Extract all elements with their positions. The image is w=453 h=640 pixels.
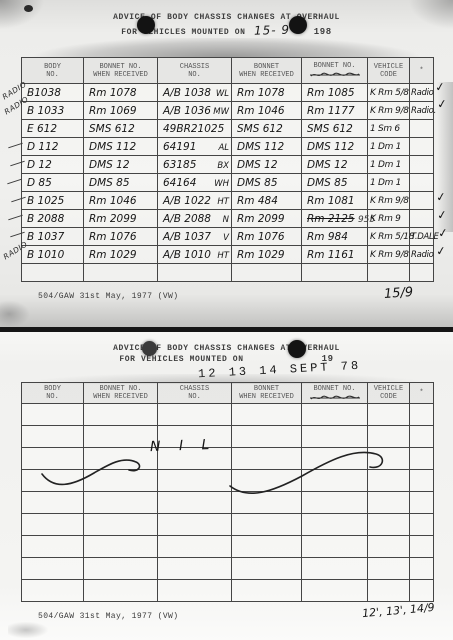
empty-cell <box>22 470 84 492</box>
table-header-row: BODYNO. BONNET NO.WHEN RECEIVED CHASSISN… <box>22 383 434 404</box>
empty-cell <box>368 264 410 282</box>
cell-star-note: Radio. <box>410 102 434 120</box>
table-row-empty <box>22 580 434 602</box>
punch-hole <box>137 16 155 34</box>
cell-bonnet-when-received: Rm 484 <box>232 192 302 210</box>
empty-cell <box>302 264 368 282</box>
cell-body-no: B 2088 <box>22 210 84 228</box>
empty-cell <box>158 264 232 282</box>
table-row-empty <box>22 264 434 282</box>
scribble-icon <box>309 394 361 402</box>
cell-bonnet-received: DMS 85 <box>84 174 158 192</box>
empty-cell <box>22 448 84 470</box>
header-star: * <box>410 58 434 84</box>
empty-cell <box>302 536 368 558</box>
table-row-empty <box>22 492 434 514</box>
header-bonnet-when-received: BONNETWHEN RECEIVED <box>232 58 302 84</box>
checkmark: ✓ <box>435 189 447 204</box>
empty-cell <box>158 492 232 514</box>
chassis-suffix: HT <box>217 195 229 207</box>
table-row-empty <box>22 448 434 470</box>
cell-body-no: B 1025 <box>22 192 84 210</box>
table-row: B 1010 Rm 1029 A/B 1010HT Rm 1029 Rm 116… <box>22 246 434 264</box>
cell-star-note: Radio <box>410 84 434 102</box>
empty-cell <box>410 264 434 282</box>
empty-cell <box>158 580 232 602</box>
cell-chassis-no: 64164WH <box>158 174 232 192</box>
table-row: E 612 SMS 612 49BR21025 SMS 612 SMS 612 … <box>22 120 434 138</box>
empty-cell <box>410 558 434 580</box>
chassis-value: A/B 1036 <box>163 105 211 117</box>
punch-hole <box>142 341 157 356</box>
empty-cell <box>410 448 434 470</box>
cell-chassis-no: A/B 1036MW <box>158 102 232 120</box>
cell-vehicle-code: 1 Dm 1 <box>368 156 410 174</box>
empty-cell <box>22 404 84 426</box>
cell-bonnet-when-received: DMS 12 <box>232 156 302 174</box>
empty-cell <box>22 536 84 558</box>
empty-cell <box>410 470 434 492</box>
empty-cell <box>302 580 368 602</box>
empty-cell <box>232 536 302 558</box>
chassis-value: A/B 1038 <box>163 87 211 99</box>
empty-cell <box>302 492 368 514</box>
chassis-value: 64191 <box>163 141 196 153</box>
cell-chassis-no: 49BR21025 <box>158 120 232 138</box>
cell-body-no: E 612 <box>22 120 84 138</box>
empty-cell <box>84 492 158 514</box>
table-row-empty <box>22 404 434 426</box>
empty-cell <box>22 492 84 514</box>
cell-vehicle-code: K Rm 9 <box>368 210 410 228</box>
header-chassis-no: CHASSISNO. <box>158 383 232 404</box>
header-star: * <box>410 383 434 404</box>
cell-vehicle-code: 1 Dm 1 <box>368 174 410 192</box>
chassis-value: 64164 <box>163 177 196 189</box>
cell-bonnet-no: Rm 1085 <box>302 84 368 102</box>
empty-cell <box>22 264 84 282</box>
cell-bonnet-when-received: Rm 1029 <box>232 246 302 264</box>
chassis-suffix: WL <box>216 87 229 99</box>
empty-cell <box>84 264 158 282</box>
empty-cell <box>410 536 434 558</box>
cell-star-note <box>410 120 434 138</box>
empty-cell <box>158 404 232 426</box>
empty-cell <box>368 492 410 514</box>
header-vehicle-code: VEHICLECODE <box>368 383 410 404</box>
empty-cell <box>22 514 84 536</box>
empty-cell <box>368 514 410 536</box>
empty-cell <box>232 558 302 580</box>
empty-cell <box>410 492 434 514</box>
form-top: ADVICE OF BODY CHASSIS CHANGES AT OVERHA… <box>0 0 453 327</box>
cell-chassis-no: A/B 2088N <box>158 210 232 228</box>
cell-star-note <box>410 174 434 192</box>
chassis-value: A/B 1010 <box>163 249 211 261</box>
empty-cell <box>368 558 410 580</box>
empty-cell <box>232 470 302 492</box>
chassis-suffix: BX <box>217 159 229 171</box>
empty-cell <box>232 580 302 602</box>
bonnet-no-struck: Rm 2125 <box>307 213 355 225</box>
chassis-value: A/B 1022 <box>163 195 211 207</box>
scan-artifact <box>0 38 453 58</box>
table-row: B 1025 Rm 1046 A/B 1022HT Rm 484 Rm 1081… <box>22 192 434 210</box>
empty-cell <box>84 558 158 580</box>
empty-cell <box>84 448 158 470</box>
cell-vehicle-code: K Rm 5/18 <box>368 228 410 246</box>
cell-bonnet-no: DMS 112 <box>302 138 368 156</box>
cell-bonnet-no: SMS 612 <box>302 120 368 138</box>
cell-bonnet-received: Rm 1078 <box>84 84 158 102</box>
scanned-document-page: { "headers": { "body_l1": "BODY", "body_… <box>0 0 453 640</box>
empty-cell <box>302 404 368 426</box>
header-bonnet-no-when-received: BONNET NO.WHEN RECEIVED <box>84 383 158 404</box>
table-row: D 85 DMS 85 64164WH DMS 85 DMS 85 1 Dm 1 <box>22 174 434 192</box>
form1-footer-ref: 504/GAW 31st May, 1977 (VW) <box>38 292 178 301</box>
nil-annotation: N I L <box>150 437 217 455</box>
form2-title-line1: ADVICE OF BODY CHASSIS CHANGES AT OVERHA… <box>0 344 453 353</box>
cell-bonnet-no: Rm 1161 <box>302 246 368 264</box>
form2-title-line2: FOR VEHICLES MOUNTED ON19 <box>0 354 453 364</box>
cell-bonnet-received: Rm 1076 <box>84 228 158 246</box>
header-chassis-no: CHASSISNO. <box>158 58 232 84</box>
cell-chassis-no: A/B 1038WL <box>158 84 232 102</box>
cell-bonnet-when-received: Rm 2099 <box>232 210 302 228</box>
form1-footer-date: 15/9 <box>384 285 414 302</box>
empty-cell <box>158 558 232 580</box>
chassis-suffix: WH <box>214 177 229 189</box>
cell-bonnet-no: Rm 1081 <box>302 192 368 210</box>
cell-bonnet-received: SMS 612 <box>84 120 158 138</box>
form2-footer-date: 12', 13', 14/9 <box>362 601 436 620</box>
punch-hole <box>288 340 306 358</box>
form1-title-line2: FOR VEHICLES MOUNTED ON15- 9 -198 <box>0 23 453 37</box>
cell-bonnet-no: Rm 984 <box>302 228 368 246</box>
header-body-no: BODYNO. <box>22 383 84 404</box>
cell-bonnet-received: DMS 12 <box>84 156 158 174</box>
cell-chassis-no: A/B 1037V <box>158 228 232 246</box>
form-bottom: ADVICE OF BODY CHASSIS CHANGES AT OVERHA… <box>0 332 453 640</box>
cell-bonnet-when-received: SMS 612 <box>232 120 302 138</box>
empty-cell <box>368 448 410 470</box>
chassis-suffix: V <box>223 231 229 243</box>
table-row-empty <box>22 470 434 492</box>
cell-chassis-no: A/B 1022HT <box>158 192 232 210</box>
changes-table-2: BODYNO. BONNET NO.WHEN RECEIVED CHASSISN… <box>21 382 434 602</box>
empty-cell <box>84 580 158 602</box>
table-row: B 2088 Rm 2099 A/B 2088N Rm 2099 Rm 2125… <box>22 210 434 228</box>
scan-artifact <box>24 5 33 12</box>
empty-cell <box>232 448 302 470</box>
cell-chassis-no: 64191AL <box>158 138 232 156</box>
cell-vehicle-code: K Rm 9/8 <box>368 246 410 264</box>
chassis-value: A/B 1037 <box>163 231 211 243</box>
cell-star-note: T.DALE <box>410 228 434 246</box>
cell-vehicle-code: K Rm 5/8 <box>368 84 410 102</box>
empty-cell <box>302 470 368 492</box>
empty-cell <box>410 514 434 536</box>
empty-cell <box>410 580 434 602</box>
form1-title-line1: ADVICE OF BODY CHASSIS CHANGES AT OVERHA… <box>0 13 453 22</box>
table-row: B 1033 Rm 1069 A/B 1036MW Rm 1046 Rm 117… <box>22 102 434 120</box>
cell-star-note: Radio <box>410 246 434 264</box>
empty-cell <box>368 536 410 558</box>
header-bonnet-no-scribbled: BONNET NO. <box>302 58 368 84</box>
cell-star-note <box>410 138 434 156</box>
empty-cell <box>302 514 368 536</box>
empty-cell <box>368 426 410 448</box>
empty-cell <box>302 448 368 470</box>
cell-bonnet-received: DMS 112 <box>84 138 158 156</box>
empty-cell <box>410 404 434 426</box>
empty-cell <box>302 426 368 448</box>
cell-chassis-no: A/B 1010HT <box>158 246 232 264</box>
empty-cell <box>302 558 368 580</box>
chassis-suffix: MW <box>213 105 229 117</box>
chassis-value: A/B 2088 <box>163 213 211 225</box>
empty-cell <box>232 426 302 448</box>
form1-date-printed: 198 <box>314 27 332 37</box>
cell-vehicle-code: K Rm 9/8 <box>368 192 410 210</box>
chassis-value: 63185 <box>163 159 196 171</box>
header-bonnet-no-when-received: BONNET NO.WHEN RECEIVED <box>84 58 158 84</box>
empty-cell <box>84 426 158 448</box>
chassis-suffix: AL <box>218 141 229 153</box>
cell-chassis-no: 63185BX <box>158 156 232 174</box>
form2-footer-ref: 504/GAW 31st May, 1977 (VW) <box>38 612 178 621</box>
empty-cell <box>158 514 232 536</box>
checkmark: ✓ <box>434 79 446 94</box>
header-bonnet-when-received: BONNETWHEN RECEIVED <box>232 383 302 404</box>
cell-bonnet-received: Rm 1069 <box>84 102 158 120</box>
cell-star-note <box>410 156 434 174</box>
cell-bonnet-when-received: Rm 1046 <box>232 102 302 120</box>
cell-bonnet-when-received: DMS 112 <box>232 138 302 156</box>
scribble-icon <box>309 71 361 79</box>
empty-cell <box>232 514 302 536</box>
cell-body-no: B 1037 <box>22 228 84 246</box>
header-body-no: BODYNO. <box>22 58 84 84</box>
table-row-empty <box>22 558 434 580</box>
empty-cell <box>232 404 302 426</box>
chassis-suffix: N <box>223 213 229 225</box>
cell-bonnet-when-received: Rm 1078 <box>232 84 302 102</box>
empty-cell <box>410 426 434 448</box>
empty-cell <box>22 558 84 580</box>
checkmark: ✓ <box>436 207 448 222</box>
scan-artifact <box>8 622 68 638</box>
cell-vehicle-code: 1 Dm 1 <box>368 138 410 156</box>
empty-cell <box>158 536 232 558</box>
empty-cell <box>84 536 158 558</box>
table-row: D 112 DMS 112 64191AL DMS 112 DMS 112 1 … <box>22 138 434 156</box>
empty-cell <box>232 492 302 514</box>
cell-body-no: B 1010 <box>22 246 84 264</box>
empty-cell <box>22 580 84 602</box>
empty-cell <box>232 264 302 282</box>
header-bonnet-no-scribbled: BONNET NO. <box>302 383 368 404</box>
cell-bonnet-received: Rm 1029 <box>84 246 158 264</box>
empty-cell <box>84 404 158 426</box>
empty-cell <box>22 426 84 448</box>
chassis-value: 49BR21025 <box>163 123 224 135</box>
changes-table-1: BODYNO. BONNET NO.WHEN RECEIVED CHASSISN… <box>21 57 434 282</box>
empty-cell <box>368 580 410 602</box>
cell-bonnet-no: Rm 1177 <box>302 102 368 120</box>
cell-body-no: D 85 <box>22 174 84 192</box>
table-row: B 1037 Rm 1076 A/B 1037V Rm 1076 Rm 984 … <box>22 228 434 246</box>
checkmark: ✓ <box>435 243 447 258</box>
chassis-suffix: HT <box>217 249 229 261</box>
cell-bonnet-when-received: Rm 1076 <box>232 228 302 246</box>
cell-star-note <box>410 192 434 210</box>
empty-cell <box>368 470 410 492</box>
empty-cell <box>84 470 158 492</box>
table-row: B1038 Rm 1078 A/B 1038WL Rm 1078 Rm 1085… <box>22 84 434 102</box>
empty-cell <box>158 470 232 492</box>
empty-cell <box>84 514 158 536</box>
checkmark: ✓ <box>436 96 448 111</box>
header-vehicle-code: VEHICLECODE <box>368 58 410 84</box>
cell-body-no: B1038 <box>22 84 84 102</box>
cell-body-no: D 112 <box>22 138 84 156</box>
table-row: D 12 DMS 12 63185BX DMS 12 DMS 12 1 Dm 1 <box>22 156 434 174</box>
cell-vehicle-code: 1 Sm 6 <box>368 120 410 138</box>
margin-dash <box>7 179 22 185</box>
cell-bonnet-received: Rm 2099 <box>84 210 158 228</box>
form2-title-line2-text: FOR VEHICLES MOUNTED ON <box>119 355 243 364</box>
table-row-empty <box>22 514 434 536</box>
table-row-empty <box>22 536 434 558</box>
cell-body-no: D 12 <box>22 156 84 174</box>
table-row-empty <box>22 426 434 448</box>
cell-bonnet-when-received: DMS 85 <box>232 174 302 192</box>
empty-cell <box>368 404 410 426</box>
cell-vehicle-code: K Rm 9/8 <box>368 102 410 120</box>
cell-bonnet-no: DMS 12 <box>302 156 368 174</box>
punch-hole <box>289 16 307 34</box>
cell-star-note <box>410 210 434 228</box>
cell-bonnet-no: DMS 85 <box>302 174 368 192</box>
checkmark: ✓ <box>437 225 449 240</box>
cell-bonnet-received: Rm 1046 <box>84 192 158 210</box>
cell-bonnet-no: Rm 2125 955 <box>302 210 368 228</box>
cell-body-no: B 1033 <box>22 102 84 120</box>
table-header-row: BODYNO. BONNET NO.WHEN RECEIVED CHASSISN… <box>22 58 434 84</box>
